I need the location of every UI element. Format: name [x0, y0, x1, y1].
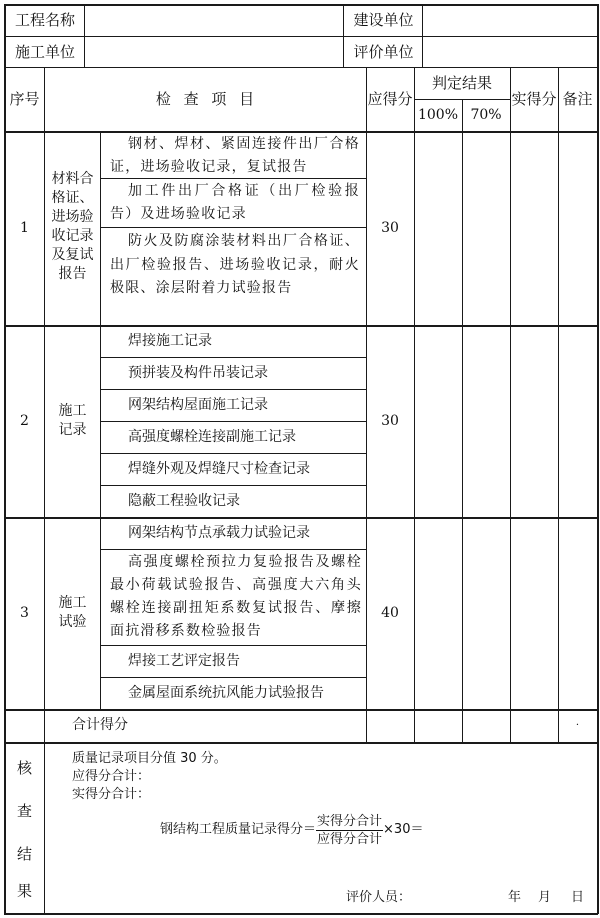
category-line: 及复试 — [45, 246, 100, 265]
formula-suffix: ×30＝ — [383, 812, 423, 848]
col-header-judgement: 判定结果 — [414, 67, 510, 99]
section-3-item-1: 网架结构节点承载力试验记录 — [128, 517, 310, 549]
section-3-seq: 3 — [5, 517, 44, 709]
section-2-category: 施工 记录 — [45, 402, 100, 440]
section-1-item-2: 加工件出厂合格证（出厂检验报告）及进场验收记录 — [110, 180, 360, 226]
rule — [84, 4, 85, 67]
construction-unit-label: 建设单位 — [345, 4, 422, 36]
col-header-actual-score: 实得分 — [510, 67, 558, 131]
category-line: 施工 — [45, 594, 100, 613]
col-header-should-score: 应得分 — [366, 67, 414, 131]
section-2-item-2: 预拼装及构件吊装记录 — [128, 357, 268, 389]
category-line: 进场验 — [45, 208, 100, 227]
rule — [4, 325, 598, 327]
construction-unit-field[interactable] — [424, 4, 596, 36]
section-1-item-1: 钢材、焊材、紧固连接件出厂合格证，进场验收记录，复试报告 — [110, 133, 360, 179]
total-remarks-mark: · — [558, 709, 597, 742]
rule — [100, 549, 366, 550]
builder-label: 施工单位 — [6, 36, 84, 67]
formula-denominator: 应得分合计 — [317, 831, 382, 848]
section-1-score: 30 — [366, 131, 414, 325]
section-2-item-4: 高强度螺栓连接副施工记录 — [128, 421, 296, 453]
category-line: 试验 — [45, 613, 100, 632]
rule — [343, 4, 344, 67]
section-2-score: 30 — [366, 325, 414, 517]
project-name-field[interactable] — [86, 4, 342, 36]
category-line: 施工 — [45, 402, 100, 421]
category-line: 报告 — [45, 265, 100, 284]
rule — [4, 742, 598, 744]
rule — [100, 227, 366, 228]
rule — [462, 99, 463, 742]
date-year-label: 年 — [508, 890, 521, 906]
formula-prefix: 钢结构工程质量记录得分＝ — [160, 812, 316, 848]
builder-field[interactable] — [86, 36, 342, 67]
section-3-item-2: 高强度螺栓预拉力复验报告及螺栓最小荷载试验报告、高强度大六角头螺栓连接副扭矩系数… — [110, 551, 362, 643]
section-1-item-3: 防火及防腐涂装材料出厂合格证、出厂检验报告、进场验收记录，耐火极限、涂层附着力试… — [110, 230, 360, 301]
col-header-remarks: 备注 — [558, 67, 597, 131]
category-line: 材料合 — [45, 170, 100, 189]
total-score-label: 合计得分 — [72, 709, 128, 742]
result-line-2: 应得分合计： — [72, 769, 150, 785]
border-bottom — [4, 913, 598, 915]
result-side-char: 果 — [17, 883, 32, 899]
category-line: 收记录 — [45, 227, 100, 246]
rule — [422, 4, 423, 67]
result-side-char: 核 — [17, 760, 32, 776]
formula-numerator: 实得分合计 — [316, 813, 383, 831]
date-day-label: 日 — [571, 890, 584, 906]
formula-fraction: 实得分合计 应得分合计 — [316, 813, 383, 848]
section-2-item-5: 焊缝外观及焊缝尺寸检查记录 — [128, 453, 310, 485]
rule — [558, 67, 559, 742]
section-1-seq: 1 — [5, 131, 44, 325]
section-2-item-1: 焊接施工记录 — [128, 325, 212, 357]
category-line: 记录 — [45, 421, 100, 440]
section-2-item-6: 隐蔽工程验收记录 — [128, 485, 240, 517]
score-formula: 钢结构工程质量记录得分＝ 实得分合计 应得分合计 ×30＝ — [160, 812, 423, 848]
section-3-score: 40 — [366, 517, 414, 709]
result-line-3: 实得分合计： — [72, 787, 150, 803]
evaluator-unit-label: 评价单位 — [345, 36, 422, 67]
project-name-label: 工程名称 — [6, 4, 84, 36]
col-header-check-item: 检 查 项 目 — [44, 67, 366, 131]
section-1-category: 材料合 格证、 进场验 收记录 及复试 报告 — [45, 170, 100, 284]
result-side-char: 结 — [17, 846, 32, 862]
evaluator-unit-field[interactable] — [424, 36, 596, 67]
evaluator-label: 评价人员： — [346, 890, 411, 906]
category-line: 格证、 — [45, 189, 100, 208]
result-side-char: 查 — [17, 803, 32, 819]
col-header-100pct: 100% — [414, 99, 462, 131]
section-3-item-3: 焊接工艺评定报告 — [128, 645, 240, 677]
quality-record-form: 工程名称 建设单位 施工单位 评价单位 序号 检 查 项 目 应得分 判定结果 … — [0, 0, 600, 918]
rule — [44, 742, 45, 914]
section-3-item-4: 金属屋面系统抗风能力试验报告 — [128, 677, 324, 709]
col-header-seq: 序号 — [5, 67, 44, 131]
border-right — [597, 4, 599, 914]
section-3-category: 施工 试验 — [45, 594, 100, 632]
rule — [414, 67, 415, 742]
result-line-1: 质量记录项目分值 30 分。 — [72, 751, 227, 767]
rule — [510, 67, 511, 742]
col-header-70pct: 70% — [462, 99, 510, 131]
section-2-item-3: 网架结构屋面施工记录 — [128, 389, 268, 421]
section-2-seq: 2 — [5, 325, 44, 517]
rule — [100, 131, 101, 709]
date-month-label: 月 — [538, 890, 551, 906]
